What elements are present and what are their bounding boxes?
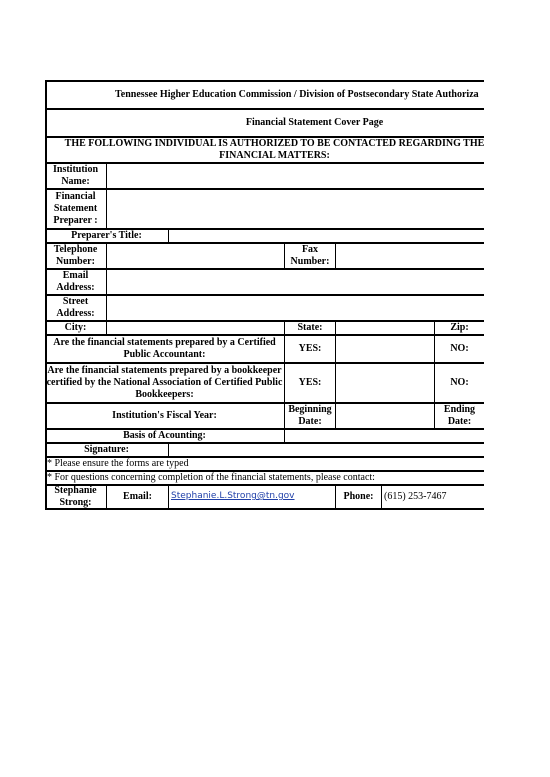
- agency-row: Tennessee Higher Education Commission / …: [45, 80, 484, 108]
- zip-label: Zip:: [434, 322, 484, 334]
- street-row: Street Address:: [45, 294, 484, 320]
- cpa-yes-label: YES:: [284, 336, 335, 362]
- basis-input[interactable]: [284, 430, 484, 442]
- signature-label: Signature:: [45, 444, 168, 456]
- contact-note: * For questions concerning completion of…: [45, 472, 484, 484]
- signature-row: Signature:: [45, 442, 484, 456]
- preparer-title-label: Preparer's Title:: [45, 230, 168, 242]
- fiscal-year-label: Institution's Fiscal Year:: [45, 404, 284, 428]
- state-input[interactable]: [335, 322, 434, 334]
- fax-label: Fax Number:: [284, 244, 335, 268]
- note-row-1: * Please ensure the forms are typed: [45, 456, 484, 470]
- institution-name-input[interactable]: [106, 164, 484, 188]
- agency-header: Tennessee Higher Education Commission / …: [45, 82, 484, 108]
- fax-input[interactable]: [335, 244, 484, 268]
- street-label: Street Address:: [45, 296, 106, 320]
- preparer-label: Financial Statement Preparer :: [45, 190, 106, 228]
- bookkeeper-no-label: NO:: [434, 364, 484, 402]
- table-left-border: [45, 80, 47, 510]
- typed-forms-note: * Please ensure the forms are typed: [45, 458, 484, 470]
- beginning-date-label: Beginning Date:: [284, 404, 335, 428]
- notice-row: THE FOLLOWING INDIVIDUAL IS AUTHORIZED T…: [45, 136, 484, 162]
- title-row: Financial Statement Cover Page: [45, 108, 484, 136]
- email-label: Email Address:: [45, 270, 106, 294]
- cpa-yes-input[interactable]: [335, 336, 434, 362]
- bookkeeper-yes-label: YES:: [284, 364, 335, 402]
- email-input[interactable]: [106, 270, 484, 294]
- bookkeeper-question-row: Are the financial statements prepared by…: [45, 362, 484, 402]
- city-label: City:: [45, 322, 106, 334]
- page-title: Financial Statement Cover Page: [45, 110, 484, 136]
- institution-name-row: Institution Name:: [45, 162, 484, 188]
- beginning-date-input[interactable]: [335, 404, 434, 428]
- contact-name: Stephanie Strong:: [45, 486, 106, 508]
- contact-phone: (615) 253-7467: [381, 486, 484, 508]
- table-bottom-border: [45, 508, 484, 510]
- city-input[interactable]: [106, 322, 284, 334]
- contact-email-link[interactable]: Stephanie.L.Strong@tn.gov: [168, 486, 335, 508]
- city-state-zip-row: City: State: Zip:: [45, 320, 484, 334]
- note-row-2: * For questions concerning completion of…: [45, 470, 484, 484]
- email-row: Email Address:: [45, 268, 484, 294]
- contact-phone-label: Phone:: [335, 486, 381, 508]
- bookkeeper-question-label: Are the financial statements prepared by…: [45, 364, 284, 402]
- preparer-input[interactable]: [106, 190, 484, 228]
- street-input[interactable]: [106, 296, 484, 320]
- fiscal-year-row: Institution's Fiscal Year: Beginning Dat…: [45, 402, 484, 428]
- cpa-question-row: Are the financial statements prepared by…: [45, 334, 484, 362]
- basis-row: Basis of Acounting:: [45, 428, 484, 442]
- phone-fax-row: Telephone Number: Fax Number:: [45, 242, 484, 268]
- basis-label: Basis of Acounting:: [45, 430, 284, 442]
- bookkeeper-yes-input[interactable]: [335, 364, 434, 402]
- cpa-no-label: NO:: [434, 336, 484, 362]
- contact-row: Stephanie Strong: Email: Stephanie.L.Str…: [45, 484, 484, 508]
- signature-input[interactable]: [168, 444, 484, 456]
- contact-email-label: Email:: [106, 486, 168, 508]
- preparer-title-input[interactable]: [168, 230, 484, 242]
- ending-date-label: Ending Date:: [434, 404, 484, 428]
- preparer-title-row: Preparer's Title:: [45, 228, 484, 242]
- state-label: State:: [284, 322, 335, 334]
- cpa-question-label: Are the financial statements prepared by…: [45, 336, 284, 362]
- telephone-label: Telephone Number:: [45, 244, 106, 268]
- preparer-row: Financial Statement Preparer :: [45, 188, 484, 228]
- telephone-input[interactable]: [106, 244, 284, 268]
- institution-name-label: Institution Name:: [45, 164, 106, 188]
- authorization-notice: THE FOLLOWING INDIVIDUAL IS AUTHORIZED T…: [45, 138, 504, 162]
